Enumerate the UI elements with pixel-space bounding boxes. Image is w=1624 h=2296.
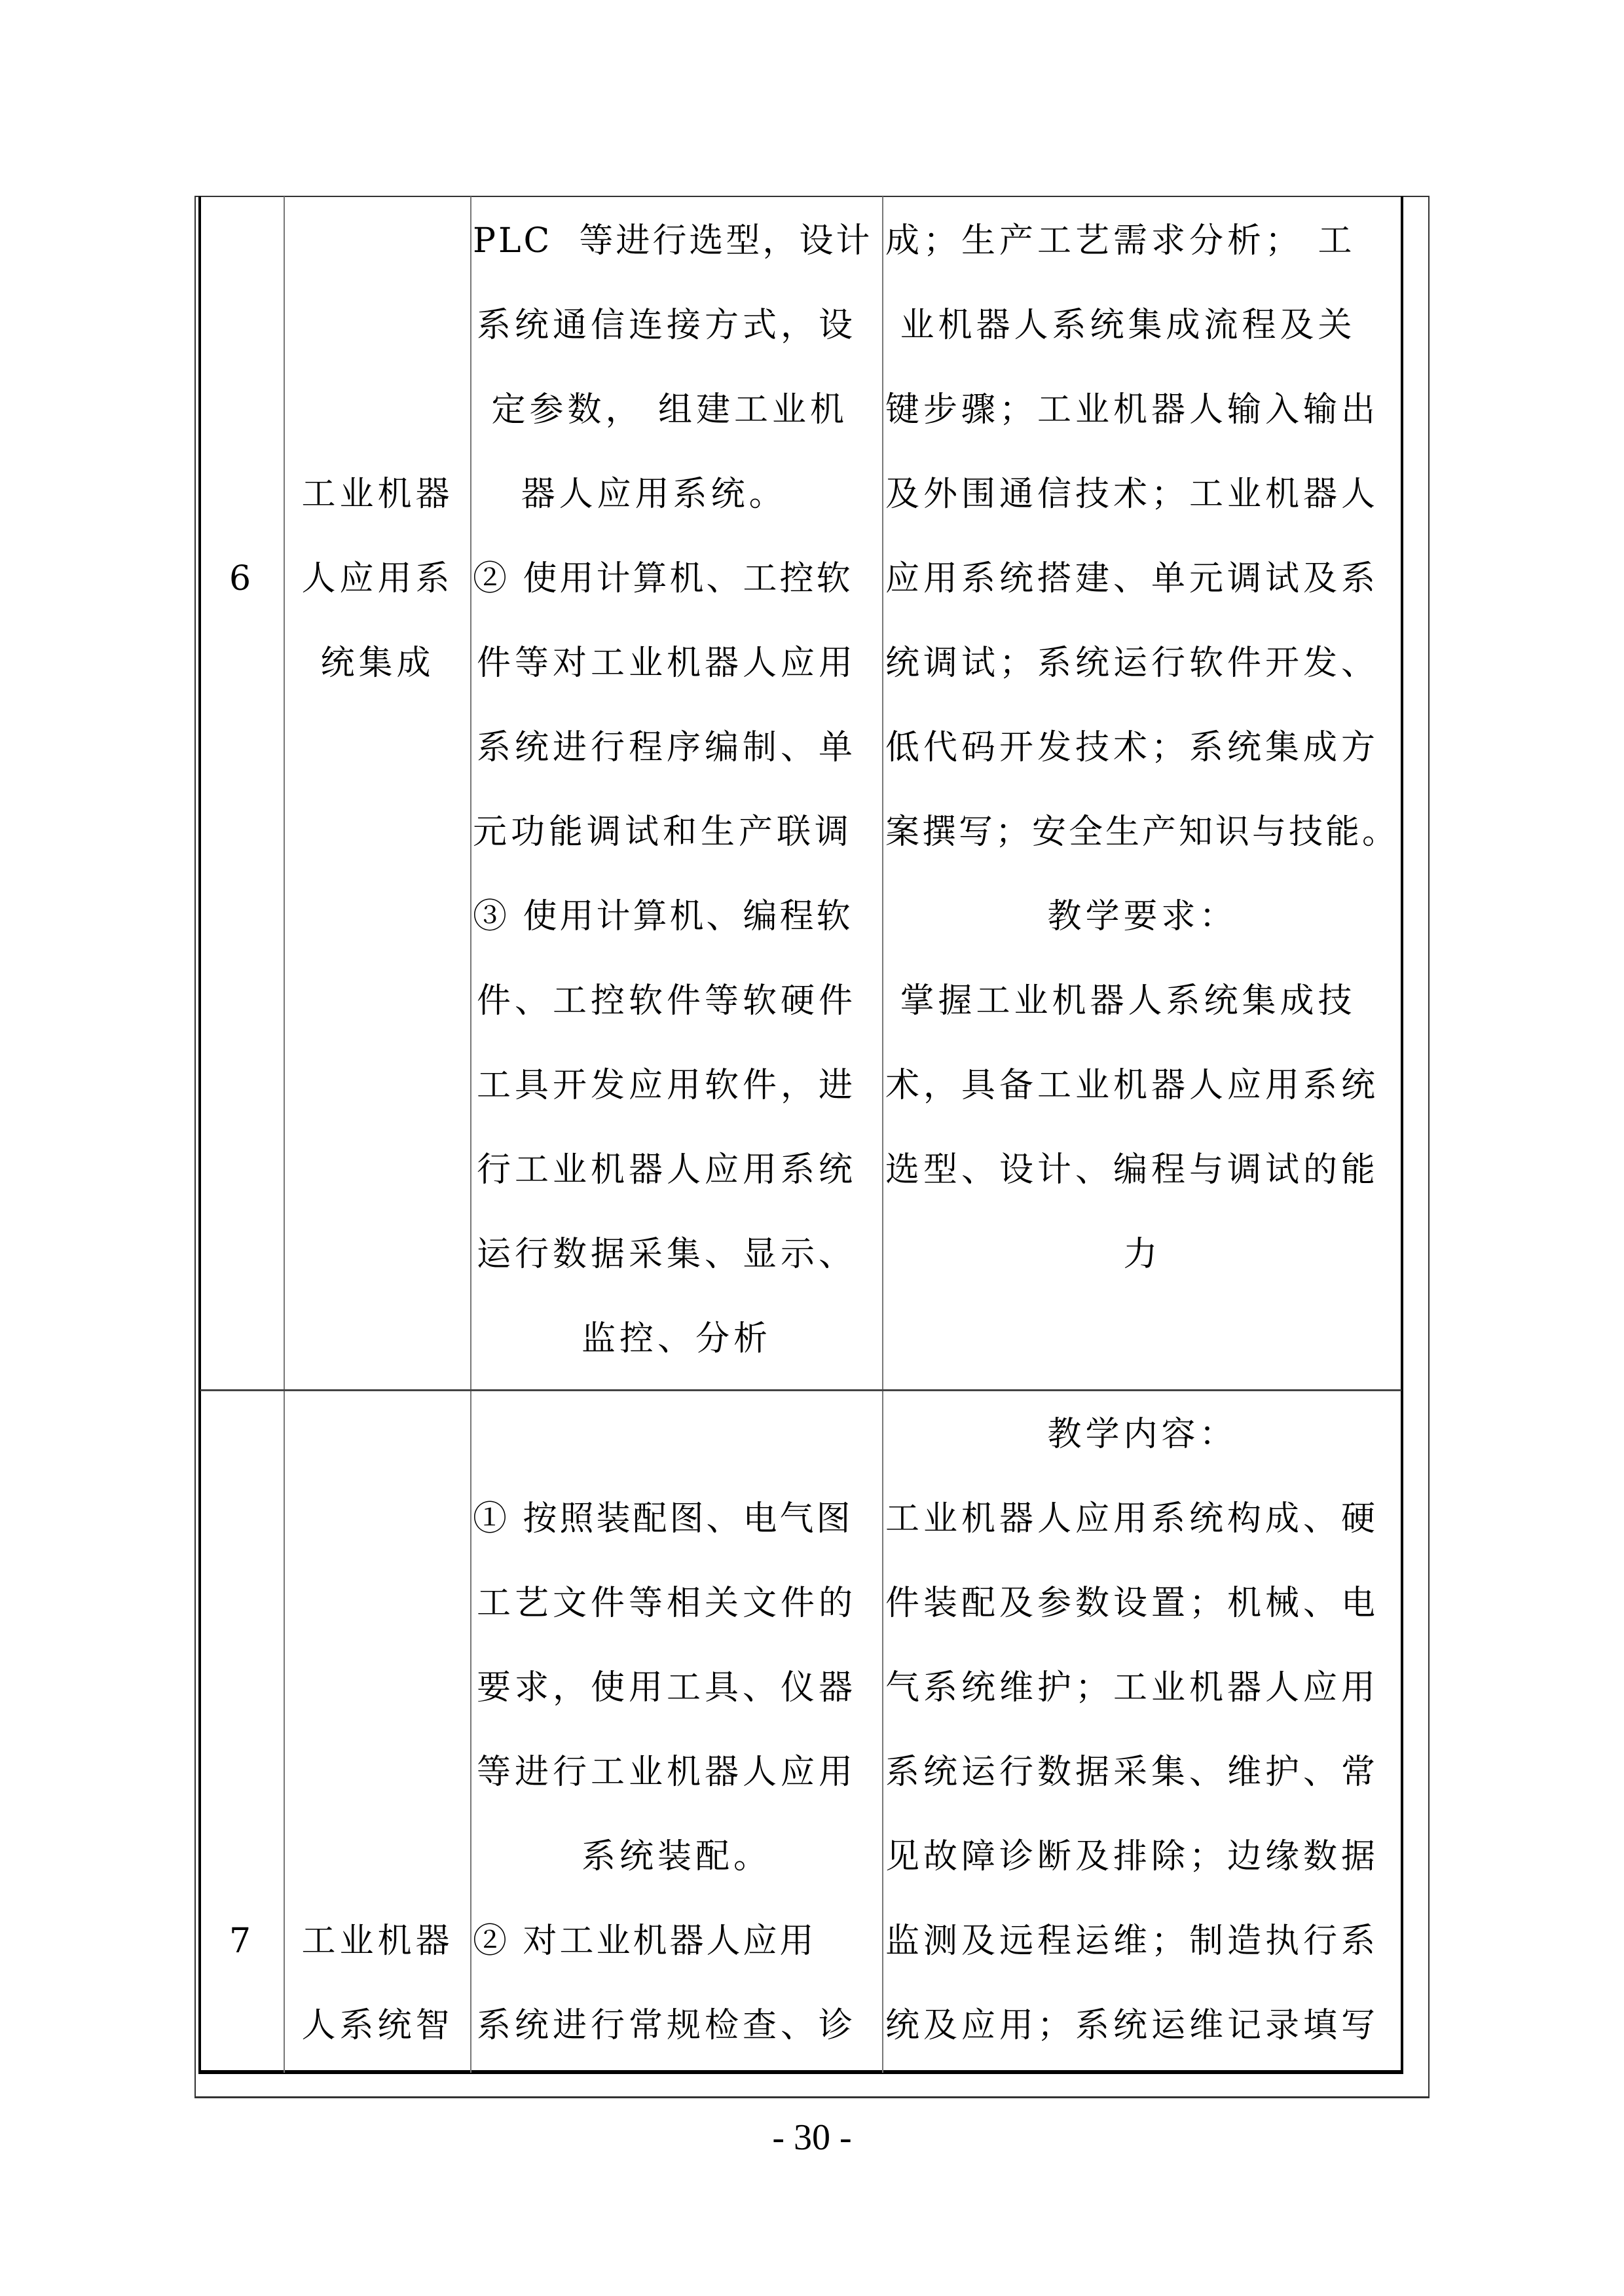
row-index: 6 (200, 537, 284, 621)
content-line: 件装配及参数设置；机械、电 (885, 1561, 1400, 1646)
tasks-line: 器人应用系统。 (477, 452, 881, 537)
tasks-line: ③ 使用计算机、编程软 (473, 875, 881, 959)
content-line: 工业机器人应用系统构成、硬 (885, 1477, 1400, 1561)
tasks-line: 行工业机器人应用系统 (477, 1128, 881, 1212)
course-name-line: 工业机器 (285, 1899, 470, 1984)
tasks-line: 系统装配。 (471, 1815, 881, 1899)
content-line: 键步骤；工业机器人输入输出 (885, 368, 1400, 452)
content-line: 气系统维护；工业机器人应用 (885, 1646, 1400, 1730)
tasks-line: 定参数， 组建工业机 (477, 368, 881, 452)
tasks-line: 系统进行程序编制、单 (477, 706, 881, 790)
tasks-line: PLC 等进行选型，设计 (473, 199, 881, 283)
tasks-line: 要求，使用工具、仪器 (477, 1646, 881, 1730)
tasks-line: 系统进行常规检查、诊 (477, 1984, 881, 2068)
row-divider (200, 1389, 1401, 1391)
content-line: 监测及远程运维；制造执行系 (885, 1899, 1400, 1984)
course-name-line: 人系统智 (285, 1984, 470, 2068)
table-left-border (198, 196, 201, 2074)
content-line: 选型、设计、编程与调试的能 (885, 1128, 1400, 1212)
course-name-line: 工业机器 (285, 452, 470, 537)
content-line: 低代码开发技术；系统集成方 (885, 706, 1400, 790)
tasks-line: 监控、分析 (471, 1297, 881, 1381)
column-divider-2 (470, 196, 471, 2073)
content-line: 力 (883, 1212, 1401, 1297)
tasks-line: 工具开发应用软件，进 (477, 1044, 881, 1128)
tasks-line: 件等对工业机器人应用 (477, 621, 881, 706)
content-line: 统调试；系统运行软件开发、 (885, 621, 1400, 706)
teaching-requirements-heading: 教学要求： (883, 875, 1401, 959)
tasks-line: ② 对工业机器人应用 (473, 1899, 881, 1984)
content-line: 术，具备工业机器人应用系统 (885, 1044, 1400, 1128)
tasks-line: 工艺文件等相关文件的 (477, 1561, 881, 1646)
tasks-line: 运行数据采集、显示、 (477, 1212, 881, 1297)
content-line: 见故障诊断及排除；边缘数据 (885, 1815, 1400, 1899)
table-right-border (1401, 196, 1403, 2074)
content-line: 成；生产工艺需求分析； 工 (885, 199, 1400, 283)
content-line: 应用系统搭建、单元调试及系 (885, 537, 1400, 621)
course-name-line: 人应用系 (285, 537, 470, 621)
table-bottom-border (198, 2070, 1403, 2074)
tasks-line: 元功能调试和生产联调 (473, 790, 881, 875)
content-line: 业机器人系统集成流程及关 (885, 283, 1400, 368)
content-line: 及外围通信技术；工业机器人 (885, 452, 1400, 537)
course-name-line: 统集成 (285, 621, 470, 706)
column-divider-3 (882, 196, 883, 2073)
content-line: 案撰写；安全生产知识与技能。 (885, 790, 1409, 875)
tasks-line: ① 按照装配图、电气图 (473, 1477, 881, 1561)
tasks-line: 系统通信连接方式，设 (477, 283, 881, 368)
tasks-line: 件、工控软件等软硬件 (477, 959, 881, 1044)
content-line: 统及应用；系统运维记录填写 (885, 1984, 1400, 2068)
teaching-content-heading: 教学内容： (883, 1393, 1401, 1477)
page-number: - 30 - (0, 2115, 1624, 2160)
tasks-line: 等进行工业机器人应用 (477, 1730, 881, 1815)
row-index: 7 (200, 1899, 284, 1984)
tasks-line: ② 使用计算机、工控软 (473, 537, 881, 621)
content-line: 系统运行数据采集、维护、常 (885, 1730, 1400, 1815)
content-line: 掌握工业机器人系统集成技 (885, 959, 1400, 1044)
